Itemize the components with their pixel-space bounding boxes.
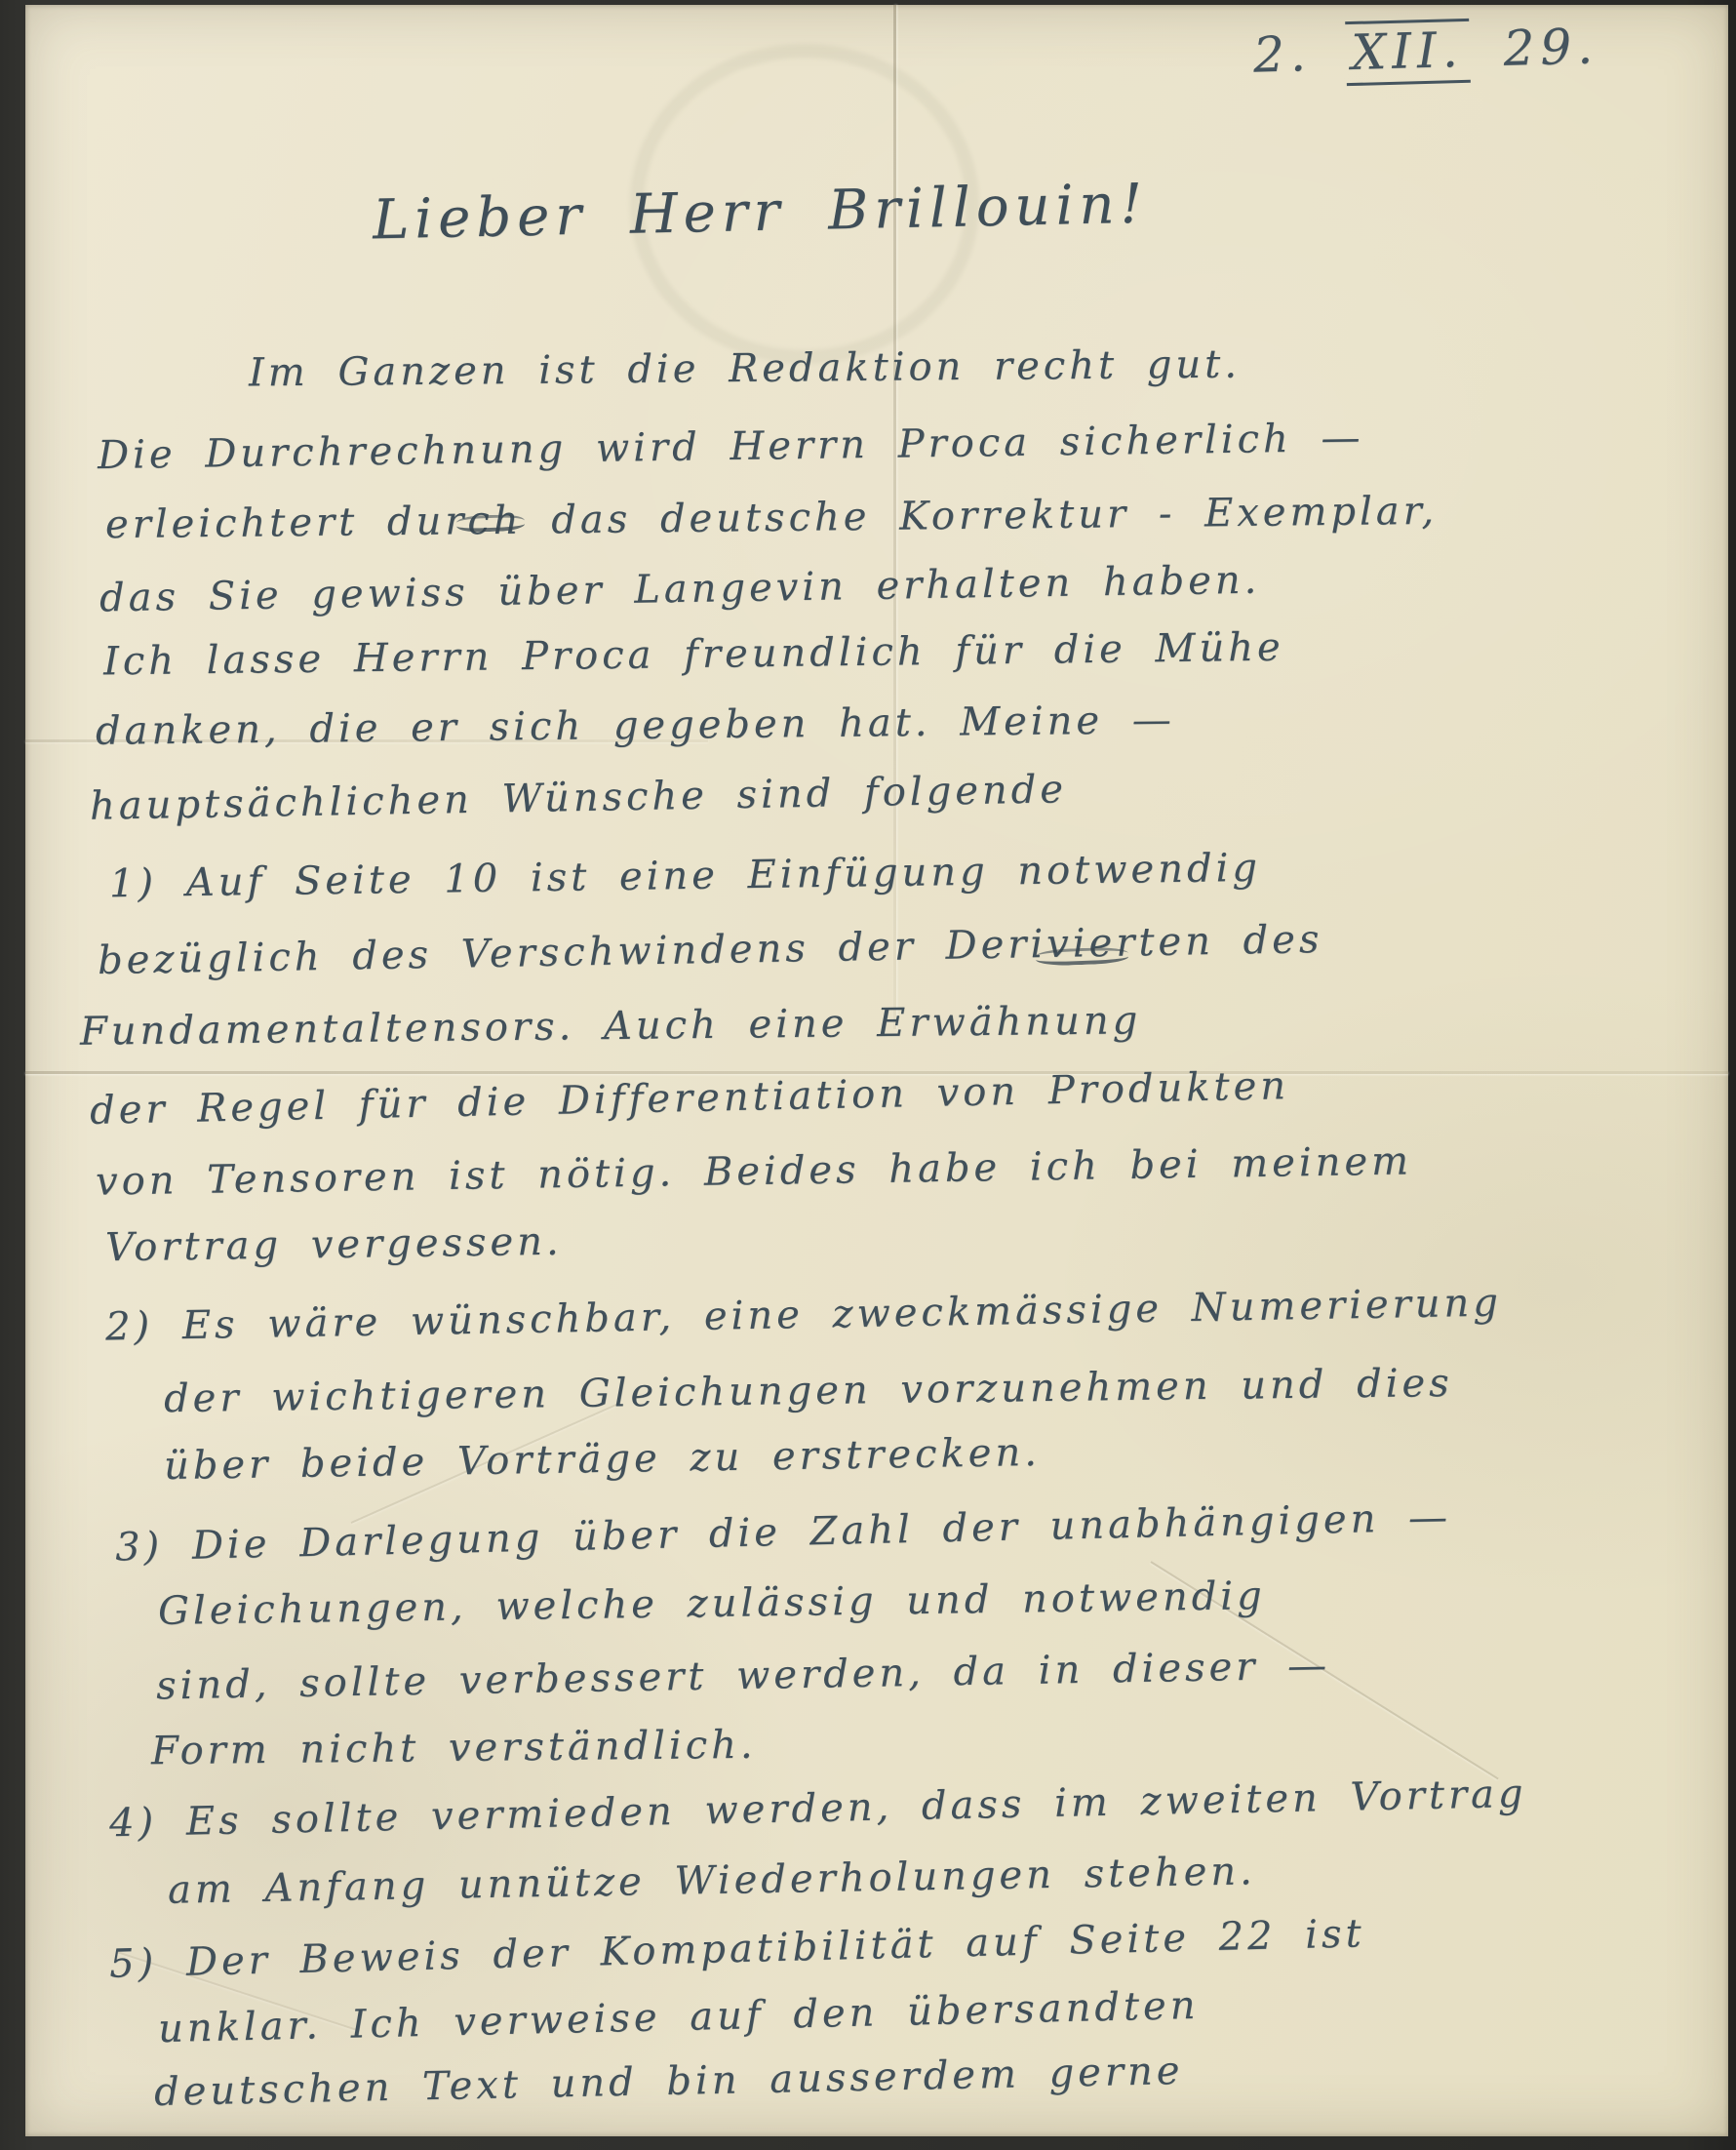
letter-salutation: Lieber Herr Brillouin!: [373, 179, 1149, 247]
letter-date: 2. XII. 29.: [1252, 20, 1598, 80]
letter-line: Im Ganzen ist die Redaktion recht gut.: [249, 339, 1241, 399]
date-month-roman: XII.: [1345, 19, 1471, 86]
letter-line: Vortrag vergessen.: [105, 1216, 563, 1274]
scanned-letter-page: 2. XII. 29. Lieber Herr Brillouin! Im Ga…: [0, 0, 1736, 2150]
date-year: 29.: [1503, 18, 1599, 77]
date-day: 2.: [1252, 25, 1312, 84]
letter-line: Form nicht verständlich.: [151, 1720, 757, 1776]
